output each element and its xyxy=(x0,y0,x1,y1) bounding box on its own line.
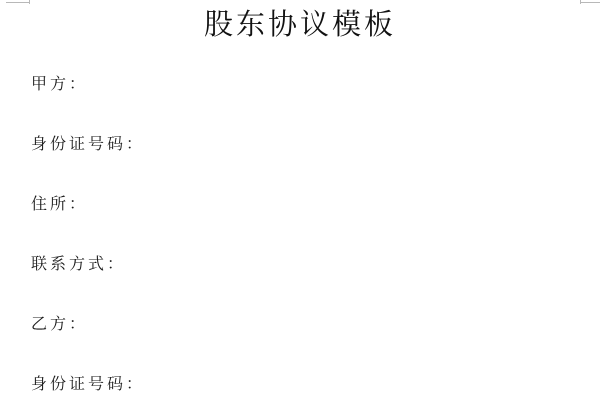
margin-mark-top-left xyxy=(6,2,30,3)
party-a-label: 甲方： xyxy=(31,74,88,94)
margin-mark-top-right xyxy=(580,2,600,3)
party-a-contact-label: 联系方式： xyxy=(31,254,126,274)
party-b-label: 乙方： xyxy=(31,314,88,334)
party-a-address-label: 住所： xyxy=(31,194,88,214)
party-a-id-number-label: 身份证号码： xyxy=(31,134,145,154)
document-title: 股东协议模板 xyxy=(0,4,600,44)
document-page: 股东协议模板 甲方： 身份证号码： 住所： 联系方式： 乙方： 身份证号码： xyxy=(0,0,600,400)
party-b-id-number-label: 身份证号码： xyxy=(31,374,145,394)
